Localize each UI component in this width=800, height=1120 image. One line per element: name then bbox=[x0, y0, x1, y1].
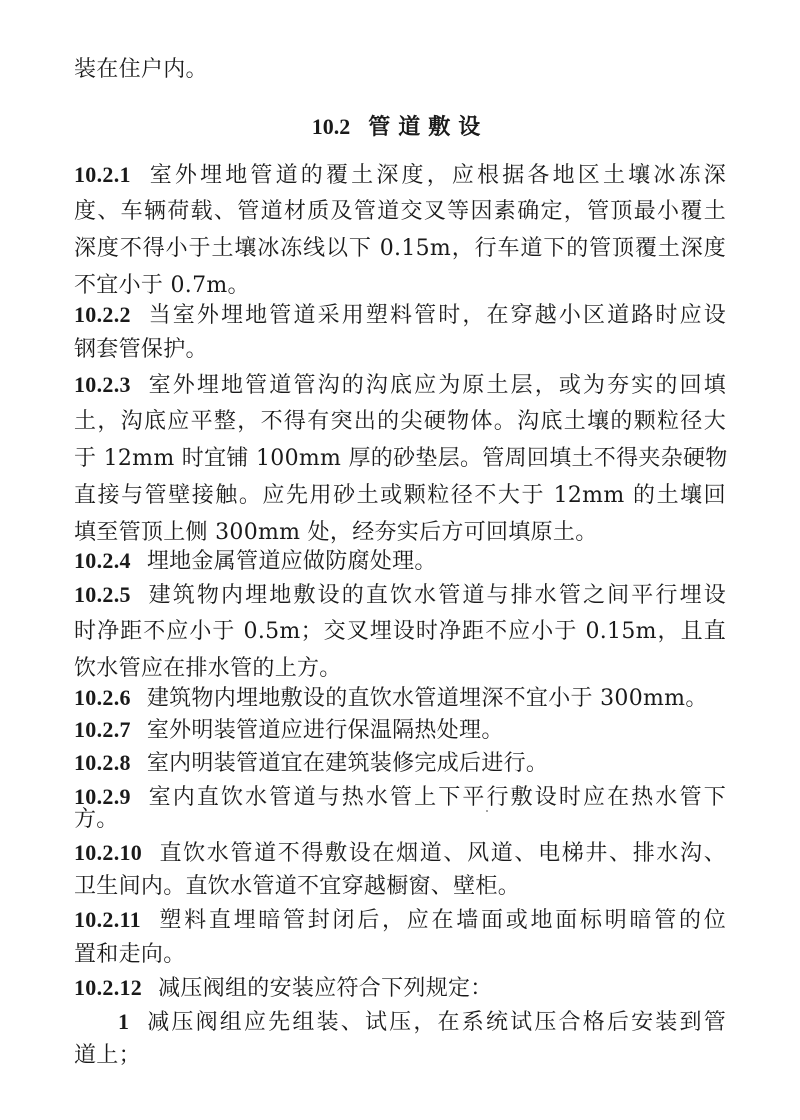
item-text: 减压阀组应先组装、试压，在系统试压合格后安装到管 bbox=[145, 1010, 726, 1035]
clause-number: 10.2.3 bbox=[74, 372, 131, 397]
clause-text: 室外埋地管道管沟的沟底应为原土层，或为夯实的回填 bbox=[147, 373, 726, 398]
clause-10-2-12: 10.2.12减压阀组的安装应符合下列规定： bbox=[74, 973, 726, 1004]
item-number: 1 bbox=[118, 1009, 129, 1034]
clause-text-line: 深度不得小于土壤冰冻线以下 0.15m，行车道下的管顶覆土深度 bbox=[74, 234, 726, 264]
clause-text: 室内明装管道宜在建筑装修完成后进行。 bbox=[147, 751, 548, 776]
clause-text: 减压阀组的安装应符合下列规定： bbox=[158, 976, 493, 1001]
clause-text-line: 卫生间内。直饮水管道不宜穿越橱窗、壁柜。 bbox=[74, 872, 726, 902]
clause-text: 室外明装管道应进行保温隔热处理。 bbox=[147, 718, 504, 743]
section-heading: 10.2管道敷设 bbox=[74, 112, 726, 142]
clause-text: 室外埋地管道的覆土深度，应根据各地区土壤冰冻深 bbox=[147, 163, 726, 188]
section-title: 管道敷设 bbox=[368, 114, 488, 140]
clause-number: 10.2.2 bbox=[74, 302, 131, 327]
clause-number: 10.2.7 bbox=[74, 717, 131, 742]
clause-10-2-5: 10.2.5建筑物内埋地敷设的直饮水管道与排水管之间平行埋设 bbox=[74, 580, 726, 611]
item-text-line: 道上； bbox=[74, 1041, 726, 1071]
clause-10-2-6: 10.2.6建筑物内埋地敷设的直饮水管道埋深不宜小于 300mm。 bbox=[74, 683, 726, 714]
clause-text: 当室外埋地管道采用塑料管时，在穿越小区道路时应设 bbox=[147, 303, 726, 328]
clause-number: 10.2.12 bbox=[74, 975, 142, 1000]
clause-text: 建筑物内埋地敷设的直饮水管道埋深不宜小于 300mm。 bbox=[147, 686, 708, 711]
clause-10-2-1: 10.2.1室外埋地管道的覆土深度，应根据各地区土壤冰冻深 bbox=[74, 160, 726, 191]
clause-number: 10.2.10 bbox=[74, 840, 142, 865]
clause-text-line: 土，沟底应平整，不得有突出的尖硬物体。沟底土壤的颗粒径大 bbox=[74, 407, 726, 437]
clause-text: 埋地金属管道应做防腐处理。 bbox=[147, 549, 437, 574]
clause-10-2-3: 10.2.3室外埋地管道管沟的沟底应为原土层，或为夯实的回填 bbox=[74, 370, 726, 401]
clause-10-2-2: 10.2.2当室外埋地管道采用塑料管时，在穿越小区道路时应设 bbox=[74, 300, 726, 331]
clause-text-line: 度、车辆荷载、管道材质及管道交叉等因素确定，管顶最小覆土 bbox=[74, 197, 726, 227]
clause-number: 10.2.6 bbox=[74, 685, 131, 710]
clause-10-2-7: 10.2.7室外明装管道应进行保温隔热处理。 bbox=[74, 715, 726, 746]
clause-text: 建筑物内埋地敷设的直饮水管道与排水管之间平行埋设 bbox=[147, 583, 726, 608]
scan-speck bbox=[486, 810, 488, 812]
clause-text-line: 不宜小于 0.7m。 bbox=[74, 271, 726, 301]
clause-text-line: 饮水管应在排水管的上方。 bbox=[74, 654, 726, 684]
clause-text: 塑料直埋暗管封闭后，应在墙面或地面标明暗管的位 bbox=[157, 908, 726, 933]
clause-text-line: 填至管顶上侧 300mm 处，经夯实后方可回填原土。 bbox=[74, 518, 726, 548]
section-number: 10.2 bbox=[312, 114, 351, 139]
clause-text-line: 置和走向。 bbox=[74, 940, 726, 970]
clause-number: 10.2.1 bbox=[74, 162, 131, 187]
clause-text: 直饮水管道不得敷设在烟道、风道、电梯井、排水沟、 bbox=[158, 841, 726, 866]
clause-number: 10.2.5 bbox=[74, 582, 131, 607]
clause-10-2-8: 10.2.8室内明装管道宜在建筑装修完成后进行。 bbox=[74, 748, 726, 779]
clause-10-2-11: 10.2.11塑料直埋暗管封闭后，应在墙面或地面标明暗管的位 bbox=[74, 905, 726, 936]
clause-text-line: 方。 bbox=[74, 805, 726, 835]
clause-text-line: 于 12mm 时宜铺 100mm 厚的砂垫层。管周回填土不得夹杂硬物 bbox=[74, 444, 726, 474]
clause-number: 10.2.11 bbox=[74, 907, 141, 932]
clause-10-2-10: 10.2.10直饮水管道不得敷设在烟道、风道、电梯井、排水沟、 bbox=[74, 838, 726, 869]
clause-text-line: 直接与管壁接触。应先用砂土或颗粒径不大于 12mm 的土壤回 bbox=[74, 481, 726, 511]
clause-text-line: 时净距不应小于 0.5m；交叉埋设时净距不应小于 0.15m，且直 bbox=[74, 617, 726, 647]
list-item-1: 1减压阀组应先组装、试压，在系统试压合格后安装到管 bbox=[74, 1007, 726, 1038]
clause-number: 10.2.8 bbox=[74, 750, 131, 775]
clause-text-line: 钢套管保护。 bbox=[74, 335, 726, 365]
clause-number: 10.2.4 bbox=[74, 548, 131, 573]
continuation-text: 装在住户内。 bbox=[74, 55, 726, 85]
clause-10-2-4: 10.2.4埋地金属管道应做防腐处理。 bbox=[74, 546, 726, 577]
